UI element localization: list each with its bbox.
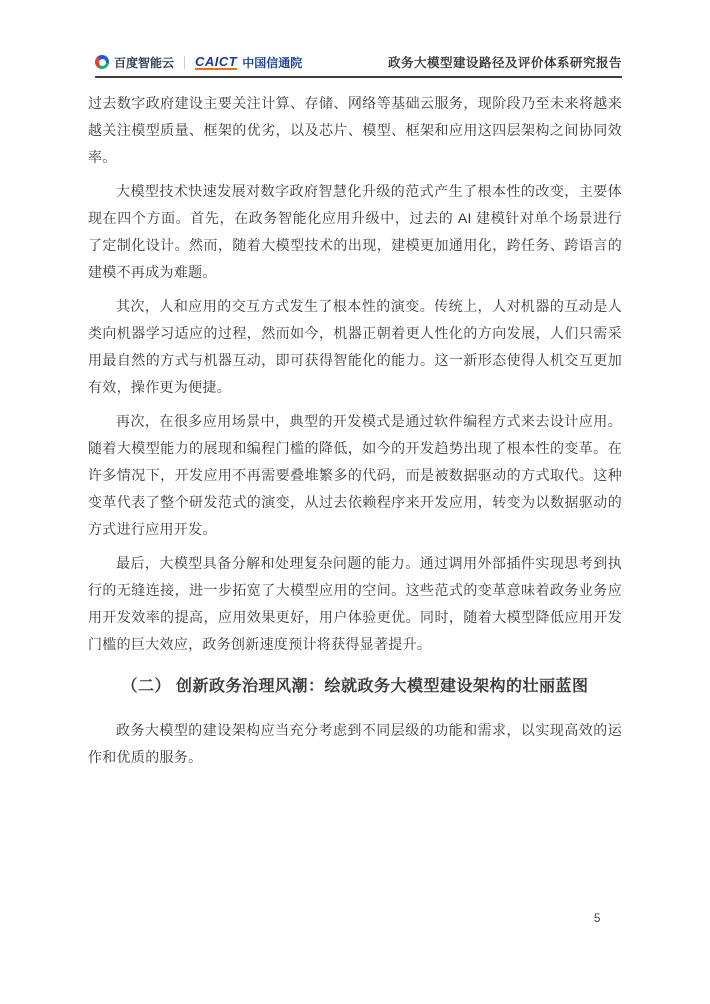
body-paragraph: 其次，人和应用的交互方式发生了根本性的演变。传统上，人对机器的互动是人类向机器学… [88, 293, 622, 401]
caict-logo: CAICT 中国信通院 [195, 54, 302, 71]
page-header: 百度智能云 CAICT 中国信通院 政务大模型建设路径及评价体系研究报告 [95, 52, 622, 78]
body-paragraph: 大模型技术快速发展对数字政府智慧化升级的范式产生了根本性的改变，主要体现在四个方… [88, 178, 622, 286]
page-number: 5 [594, 913, 600, 925]
logo-divider [184, 56, 185, 69]
body-paragraph: 政务大模型的建设架构应当充分考虑到不同层级的功能和需求，以实现高效的运作和优质的… [88, 717, 622, 771]
baidu-cloud-logo: 百度智能云 [95, 54, 174, 71]
logo-group: 百度智能云 CAICT 中国信通院 [95, 54, 302, 71]
document-body: 过去数字政府建设主要关注计算、存储、网络等基础云服务，现阶段乃至未来将越来越关注… [88, 90, 622, 771]
body-paragraph: 再次，在很多应用场景中，典型的开发模式是通过软件编程方式来去设计应用。随着大模型… [88, 408, 622, 543]
body-paragraph: 过去数字政府建设主要关注计算、存储、网络等基础云服务，现阶段乃至未来将越来越关注… [88, 90, 622, 171]
caict-acronym-text: CAICT [195, 55, 237, 70]
report-title: 政务大模型建设路径及评价体系研究报告 [388, 53, 622, 71]
report-page: 百度智能云 CAICT 中国信通院 政务大模型建设路径及评价体系研究报告 过去数… [0, 0, 710, 1004]
baidu-cloud-logo-text: 百度智能云 [114, 54, 174, 71]
header-row: 百度智能云 CAICT 中国信通院 政务大模型建设路径及评价体系研究报告 [95, 52, 622, 72]
baidu-cloud-ring-icon [95, 55, 109, 69]
body-paragraph: 最后，大模型具备分解和处理复杂问题的能力。通过调用外部插件实现思考到执行的无缝连… [88, 550, 622, 658]
section-heading: （二） 创新政务治理风潮：绘就政务大模型建设架构的壮丽蓝图 [88, 672, 622, 702]
caict-org-name: 中国信通院 [242, 54, 302, 71]
